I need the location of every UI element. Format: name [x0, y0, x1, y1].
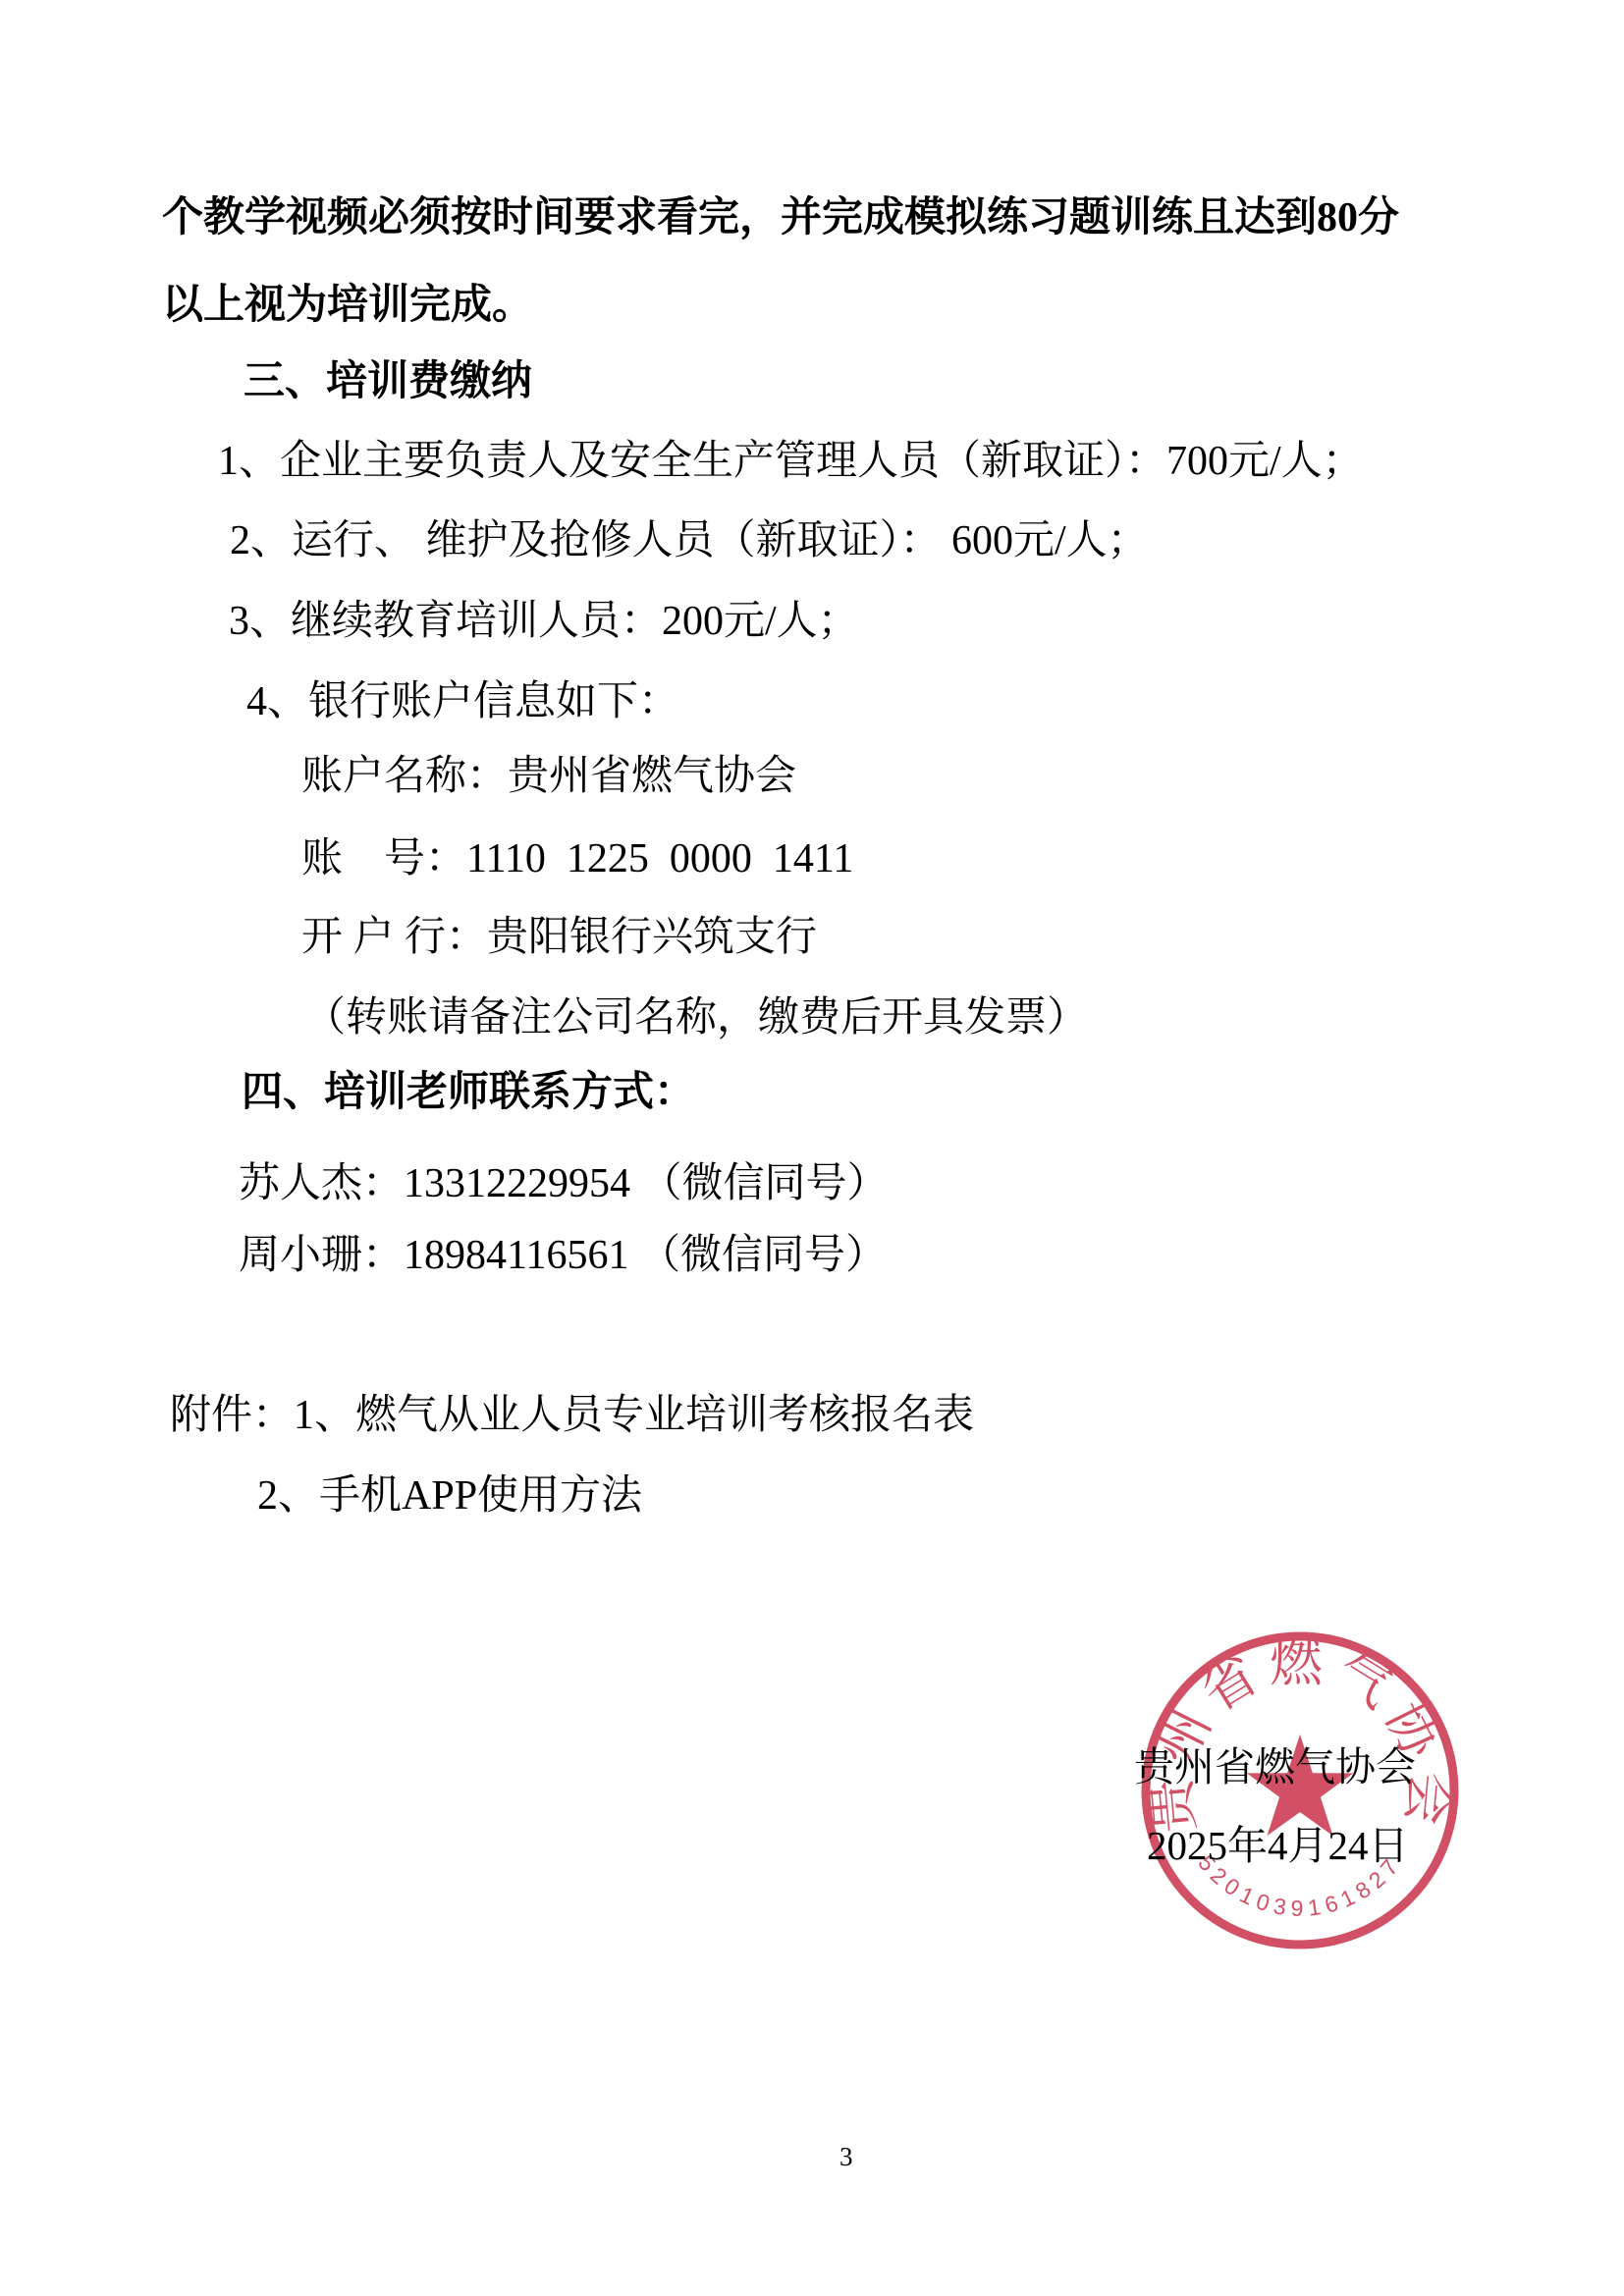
contact-zhou-xiaoshan: 周小珊：18984116561 （微信同号）: [239, 1231, 887, 1280]
section3-heading: 三、培训费缴纳: [244, 357, 532, 406]
transfer-note: （转账请备注公司名称，缴费后开具发票）: [304, 993, 1088, 1042]
fee-item-3: 3、继续教育培训人员：200元/人；: [229, 597, 859, 646]
fee-item-1: 1、企业主要负责人及安全生产管理人员（新取证）：700元/人；: [218, 437, 1364, 486]
fee-item-4: 4、银行账户信息如下：: [246, 677, 679, 726]
page-number: 3: [839, 2142, 853, 2172]
attachment-line-2: 2、手机APP使用方法: [257, 1471, 642, 1521]
document-page: 个教学视频必须按时间要求看完，并完成模拟练习题训练且达到80分 以上视为培训完成…: [0, 0, 1624, 2296]
intro-line-1: 个教学视频必须按时间要求看完，并完成模拟练习题训练且达到80分: [162, 193, 1399, 242]
contact-su-renjie: 苏人杰：13312229954 （微信同号）: [239, 1159, 889, 1208]
fee-item-2: 2、运行、 维护及抢修人员（新取证）： 600元/人；: [230, 516, 1149, 565]
bank-branch: 开 户 行：贵阳银行兴筑支行: [301, 913, 817, 962]
bank-account-name: 账户名称：贵州省燃气协会: [301, 752, 796, 801]
bank-account-number: 账 号：1110 1225 0000 1411: [301, 834, 853, 883]
signature-date: 2025年4月24日: [1147, 1822, 1409, 1870]
intro-line-2: 以上视为培训完成。: [162, 281, 533, 330]
attachment-line-1: 附件：1、燃气从业人员专业培训考核报名表: [170, 1391, 974, 1440]
signature-org: 贵州省燃气协会: [1134, 1743, 1416, 1791]
section4-heading: 四、培训老师联系方式：: [242, 1068, 695, 1117]
